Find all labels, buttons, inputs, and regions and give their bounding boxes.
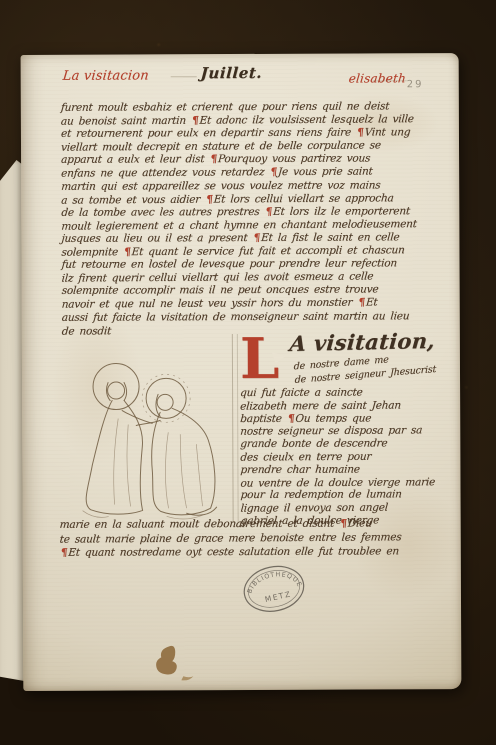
manuscript-line: ¶Et quant nostredame oyt ceste salutatio… — [59, 544, 460, 560]
manuscript-line: elizabeth mere de saint Jehan — [240, 399, 459, 413]
rubric-paragraph-mark: ¶ — [264, 206, 273, 218]
text-block-top: furent moult esbahiz et crierent que pou… — [61, 100, 458, 337]
rubric-paragraph-mark: ¶ — [252, 232, 261, 244]
rubric-paragraph-mark: ¶ — [191, 115, 200, 127]
manuscript-line: qui fut faicte a saincte — [240, 386, 459, 400]
running-title-right-rubric: elisabeth — [348, 71, 407, 85]
rubric-paragraph-mark: ¶ — [59, 547, 68, 559]
head — [157, 394, 173, 410]
figure-mary — [86, 363, 153, 514]
figure-elizabeth — [136, 374, 217, 515]
manuscript-line: aussi fut faicte la visitation de monsei… — [61, 310, 458, 325]
ruling-dash — [171, 76, 197, 77]
visitation-illustration — [68, 346, 235, 523]
manuscript-line: prendre char humaine — [240, 463, 459, 477]
rubric-paragraph-mark: ¶ — [205, 193, 214, 205]
ruling-dash — [373, 80, 407, 81]
manuscript-page: La visitacion Juillet. elisabeth 29 fure… — [21, 53, 462, 691]
halo-icon — [93, 363, 139, 409]
rubric-paragraph-mark: ¶ — [356, 127, 365, 139]
manuscript-photo: La visitacion Juillet. elisabeth 29 fure… — [0, 0, 496, 745]
rubricated-initial: L — [240, 332, 292, 390]
manuscript-line: grande bonte de descendre — [240, 437, 459, 451]
rubric-paragraph-mark: ¶ — [123, 246, 132, 258]
rubric-paragraph-mark: ¶ — [209, 153, 218, 165]
stamp-center-text: METZ — [264, 589, 292, 604]
rubric-paragraph-mark: ¶ — [269, 167, 278, 179]
running-title-left-rubric: La visitacion — [62, 68, 150, 83]
manuscript-line: martin qui est appareillez se vous voule… — [61, 179, 458, 194]
ink-blot — [145, 644, 197, 684]
month-title: Juillet. — [200, 64, 263, 82]
rubric-paragraph-mark: ¶ — [339, 518, 348, 530]
folio-number: 29 — [407, 79, 424, 90]
manuscript-line: pour la redemption de lumain — [240, 488, 459, 502]
rubric-paragraph-mark: ¶ — [357, 297, 366, 309]
rubric-paragraph-mark: ¶ — [286, 412, 295, 424]
text-block-column: qui fut faicte a saincteelizabeth mere d… — [240, 386, 459, 528]
halo-rays-icon — [142, 374, 190, 422]
head — [108, 382, 125, 399]
text-block-bottom: marie en la saluant moult debonairement … — [60, 516, 460, 560]
